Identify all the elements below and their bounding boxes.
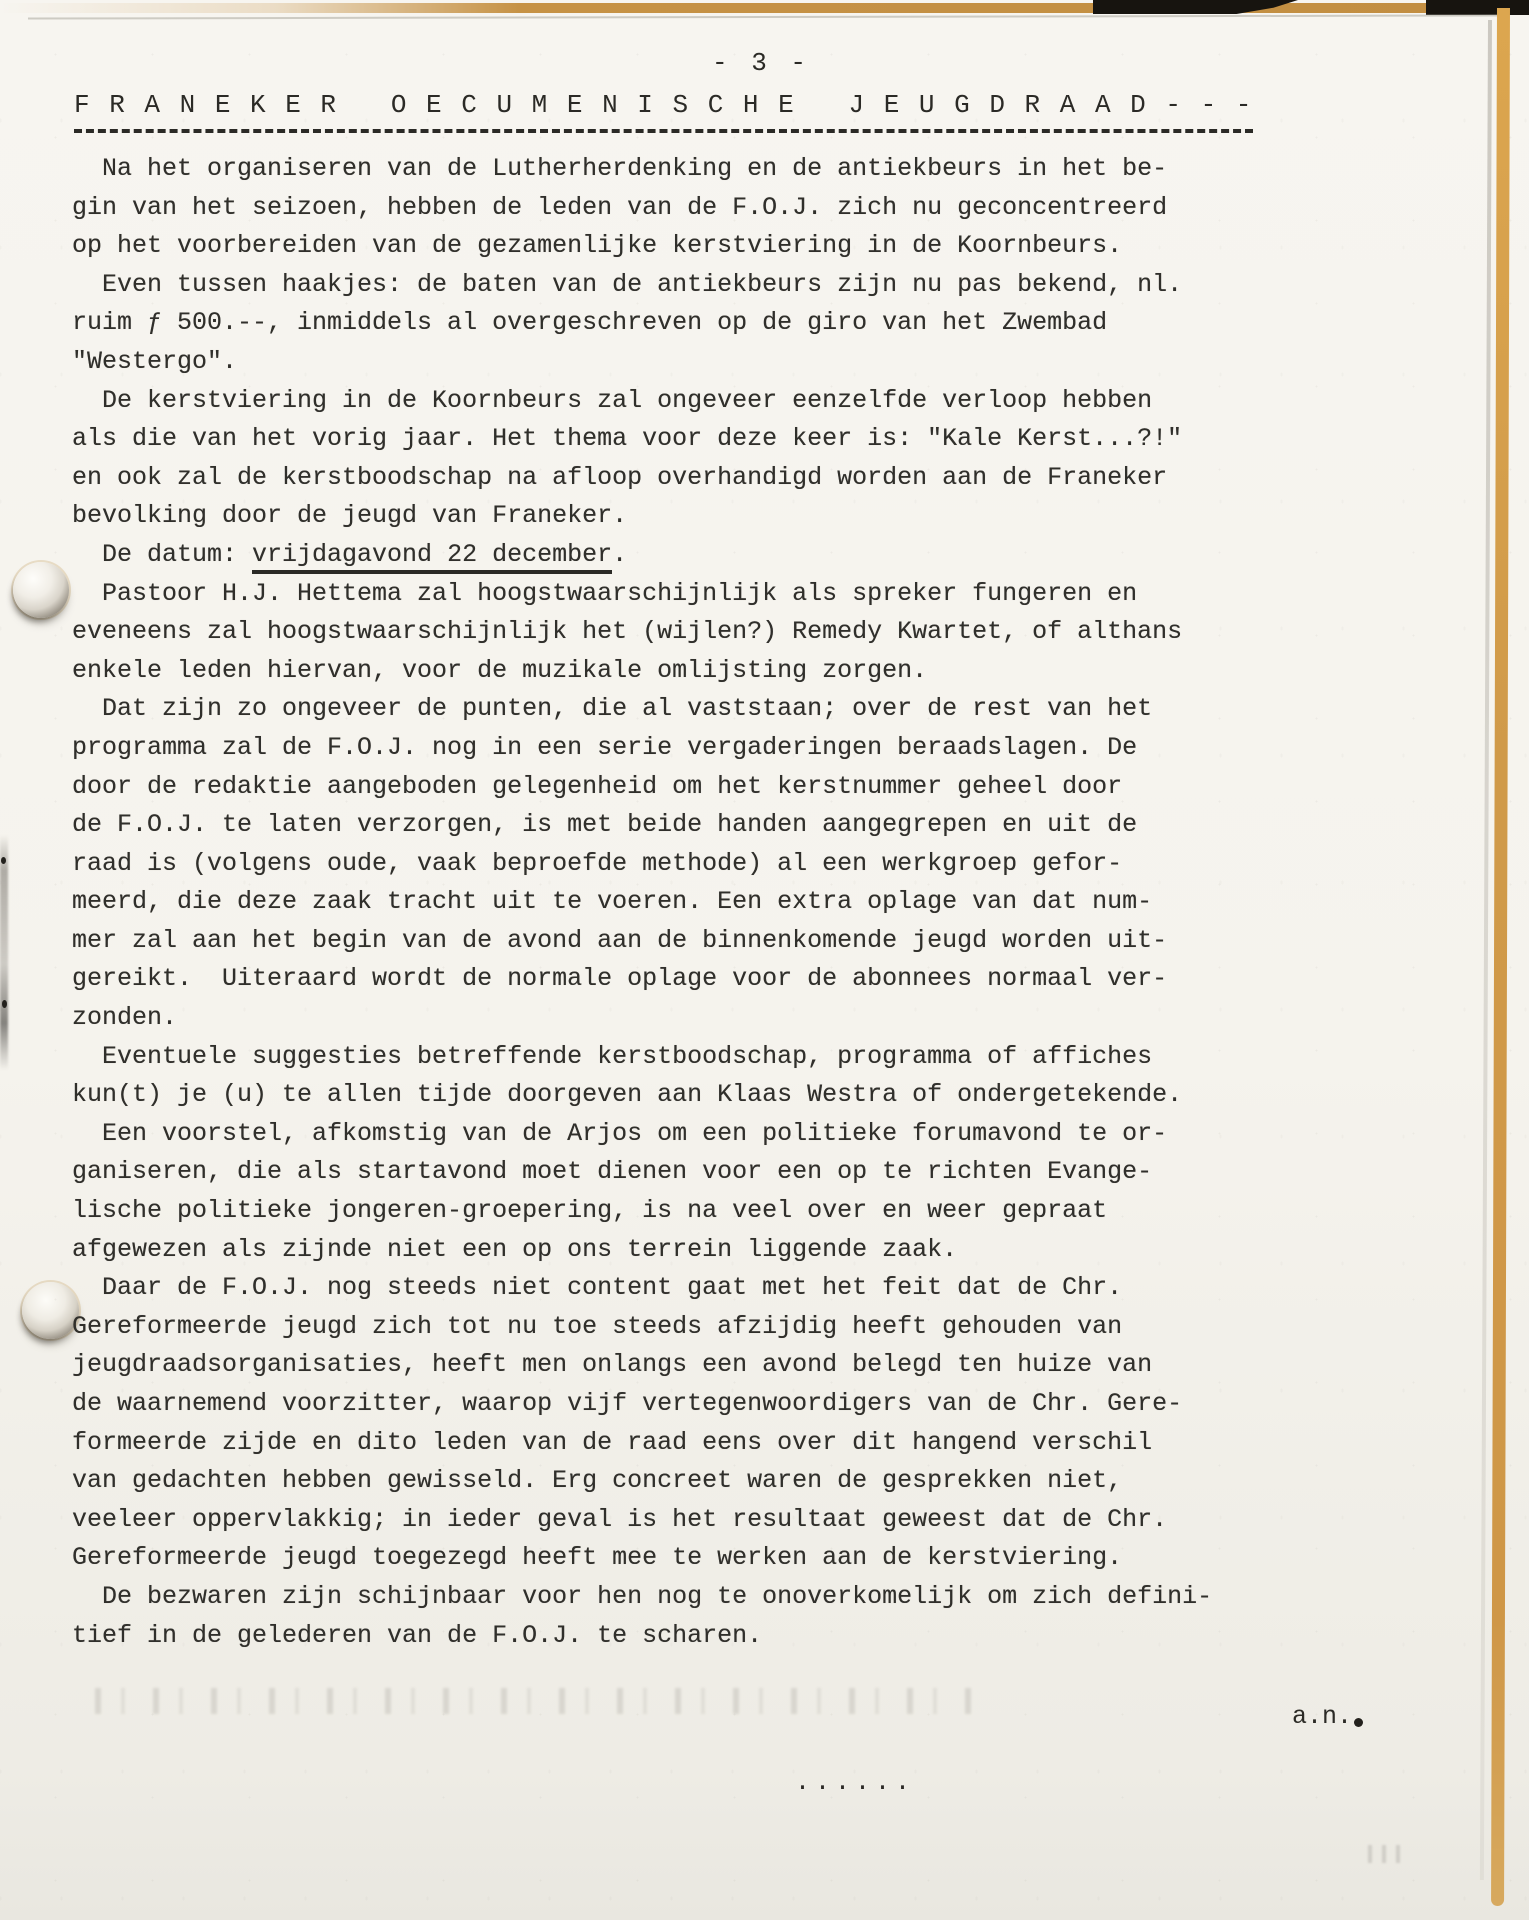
- text-line: de F.O.J. te laten verzorgen, is met bei…: [72, 806, 1232, 845]
- text-line: De datum: vrijdagavond 22 december.: [72, 536, 1232, 575]
- text-line: meerd, die deze zaak tracht uit te voere…: [72, 883, 1232, 922]
- text-line: zonden.: [72, 999, 1232, 1038]
- ink-speck: [1354, 1718, 1363, 1727]
- text-line: De kerstviering in de Koornbeurs zal ong…: [72, 382, 1232, 421]
- text-line: "Westergo".: [72, 343, 1232, 382]
- text-line: Dat zijn zo ongeveer de punten, die al v…: [72, 690, 1232, 729]
- text-line: mer zal aan het begin van de avond aan d…: [72, 922, 1232, 961]
- text-line: programma zal de F.O.J. nog in een serie…: [72, 729, 1232, 768]
- text-line: op het voorbereiden van de gezamenlijke …: [72, 227, 1232, 266]
- text-line: en ook zal de kerstboodschap na afloop o…: [72, 459, 1232, 498]
- text-line: formeerde zijde en dito leden van de raa…: [72, 1424, 1232, 1463]
- scanned-page: - 3 - F R A N E K E R O E C U M E N I S …: [0, 0, 1529, 1920]
- text-line: door de redaktie aangeboden gelegenheid …: [72, 768, 1232, 807]
- text-line: afgewezen als zijnde niet een op ons ter…: [72, 1231, 1232, 1270]
- text-line: de waarnemend voorzitter, waarop vijf ve…: [72, 1385, 1232, 1424]
- text-line: Pastoor H.J. Hettema zal hoogstwaarschij…: [72, 575, 1232, 614]
- text-line: Een voorstel, afkomstig van de Arjos om …: [72, 1115, 1232, 1154]
- text-line: De bezwaren zijn schijnbaar voor hen nog…: [72, 1578, 1232, 1617]
- text-line: raad is (volgens oude, vaak beproefde me…: [72, 845, 1232, 884]
- text-line: Eventuele suggesties betreffende kerstbo…: [72, 1038, 1232, 1077]
- left-edge-smudge: [0, 835, 8, 1070]
- paper-top-edge-shadow: [28, 14, 1499, 19]
- scanner-top-band: [0, 3, 1529, 13]
- scanner-top-corner-black: [1426, 0, 1529, 15]
- faint-pencil-smudge: [1368, 1845, 1408, 1863]
- text-line: eveneens zal hoogstwaarschijnlijk het (w…: [72, 613, 1232, 652]
- page-title: F R A N E K E R O E C U M E N I S C H E …: [74, 90, 1253, 133]
- text-line: Gereformeerde jeugd zich tot nu toe stee…: [72, 1308, 1232, 1347]
- text-line: Daar de F.O.J. nog steeds niet content g…: [72, 1269, 1232, 1308]
- page-number: - 3 -: [712, 48, 810, 78]
- text-line: ruim ƒ 500.--, inmiddels al overgeschrev…: [72, 304, 1232, 343]
- paper-fastener-bottom: [22, 1282, 79, 1339]
- binding-cover-strip: [1491, 8, 1510, 1906]
- text-line: Na het organiseren van de Lutherherdenki…: [72, 150, 1232, 189]
- paper-right-edge-shadow: [1480, 20, 1492, 1880]
- text-line: kun(t) je (u) te allen tijde doorgeven a…: [72, 1076, 1232, 1115]
- text-line: Even tussen haakjes: de baten van de ant…: [72, 266, 1232, 305]
- body-text: Na het organiseren van de Lutherherdenki…: [72, 150, 1232, 1655]
- text-line: tief in de gelederen van de F.O.J. te sc…: [72, 1617, 1232, 1656]
- faint-pencil-smudge: [95, 1688, 975, 1714]
- ink-speck: [2, 1000, 7, 1008]
- text-line: bevolking door de jeugd van Franeker.: [72, 497, 1232, 536]
- text-line: van gedachten hebben gewisseld. Erg conc…: [72, 1462, 1232, 1501]
- underlined-date: vrijdagavond 22 december: [252, 540, 612, 574]
- text-line: gin van het seizoen, hebben de leden van…: [72, 189, 1232, 228]
- text-line: lische politieke jongeren-groepering, is…: [72, 1192, 1232, 1231]
- author-initials: a.n.: [1292, 1702, 1352, 1731]
- text-line: ganiseren, die als startavond moet diene…: [72, 1153, 1232, 1192]
- paper-fastener-top: [13, 562, 69, 618]
- text-line: jeugdraadsorganisaties, heeft men onlang…: [72, 1346, 1232, 1385]
- text-line: enkele leden hiervan, voor de muzikale o…: [72, 652, 1232, 691]
- text-line: veeleer oppervlakkig; in ieder geval is …: [72, 1501, 1232, 1540]
- text-line: Gereformeerde jeugd toegezegd heeft mee …: [72, 1539, 1232, 1578]
- text-line: als die van het vorig jaar. Het thema vo…: [72, 420, 1232, 459]
- footer-dots: ......: [795, 1768, 915, 1797]
- ink-speck: [1, 857, 6, 864]
- text-line: gereikt. Uiteraard wordt de normale opla…: [72, 960, 1232, 999]
